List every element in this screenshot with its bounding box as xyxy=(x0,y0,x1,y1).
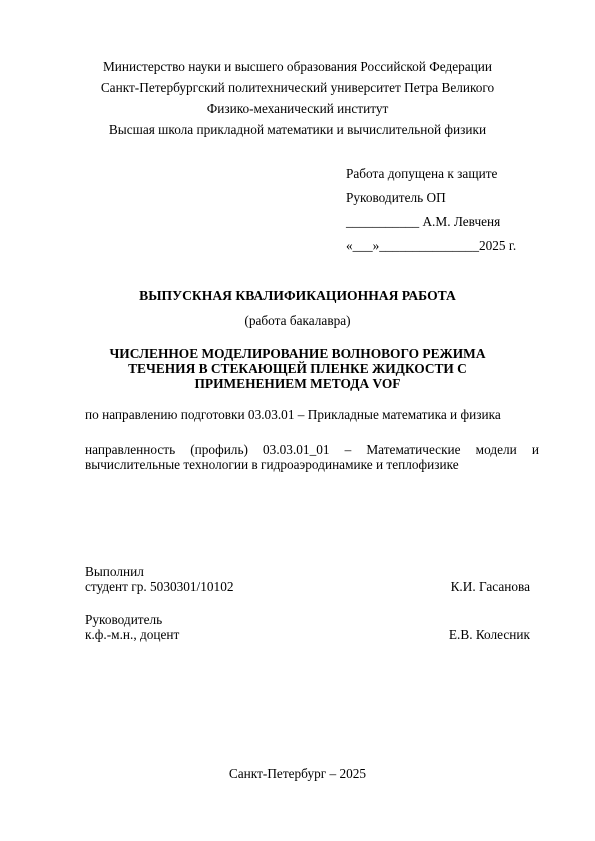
supervisor-block: Руководитель к.ф.-м.н., доцент Е.В. Коле… xyxy=(85,612,530,642)
student-group: студент гр. 5030301/10102 xyxy=(85,579,234,594)
program-direction: по направлению подготовки 03.03.01 – При… xyxy=(85,407,501,423)
student-name: К.И. Гасанова xyxy=(451,579,530,594)
student-row: студент гр. 5030301/10102 К.И. Гасанова xyxy=(85,579,530,594)
ministry-line: Министерство науки и высшего образования… xyxy=(0,56,595,77)
topic-line-3: ПРИМЕНЕНИЕМ МЕТОДА VOF xyxy=(0,376,595,391)
profile-word: – xyxy=(345,442,352,457)
work-type-title: ВЫПУСКНАЯ КВАЛИФИКАЦИОННАЯ РАБОТА xyxy=(0,288,595,304)
school-line: Высшая школа прикладной математики и выч… xyxy=(0,119,595,140)
thesis-topic: ЧИСЛЕННОЕ МОДЕЛИРОВАНИЕ ВОЛНОВОГО РЕЖИМА… xyxy=(0,346,595,391)
profile-word: Математические xyxy=(366,442,460,457)
student-block: Выполнил студент гр. 5030301/10102 К.И. … xyxy=(85,564,530,594)
profile-word: (профиль) xyxy=(190,442,248,457)
profile-line-2: вычислительные технологии в гидроаэродин… xyxy=(85,457,539,472)
institute-line: Физико-механический институт xyxy=(0,98,595,119)
degree-subtitle: (работа бакалавра) xyxy=(0,313,595,329)
profile-word: направленность xyxy=(85,442,175,457)
approval-head-label: Руководитель ОП xyxy=(346,187,446,208)
profile-word: и xyxy=(532,442,539,457)
city-year-footer: Санкт-Петербург – 2025 xyxy=(0,766,595,782)
approval-admitted: Работа допущена к защите xyxy=(346,163,497,184)
supervisor-role: Руководитель xyxy=(85,612,530,627)
supervisor-row: к.ф.-м.н., доцент Е.В. Колесник xyxy=(85,627,530,642)
supervisor-name: Е.В. Колесник xyxy=(449,627,530,642)
student-role: Выполнил xyxy=(85,564,530,579)
university-line: Санкт-Петербургский политехнический унив… xyxy=(0,77,595,98)
supervisor-title: к.ф.-м.н., доцент xyxy=(85,627,179,642)
approval-head-signature: ___________ А.М. Левченя xyxy=(346,211,500,232)
program-profile: направленность (профиль) 03.03.01_01 – М… xyxy=(85,442,539,472)
profile-word: модели xyxy=(476,442,517,457)
approval-date-line: «___»_______________2025 г. xyxy=(346,235,516,256)
topic-line-2: ТЕЧЕНИЯ В СТЕКАЮЩЕЙ ПЛЕНКЕ ЖИДКОСТИ С xyxy=(0,361,595,376)
profile-word: 03.03.01_01 xyxy=(263,442,329,457)
profile-line-1: направленность (профиль) 03.03.01_01 – М… xyxy=(85,442,539,457)
topic-line-1: ЧИСЛЕННОЕ МОДЕЛИРОВАНИЕ ВОЛНОВОГО РЕЖИМА xyxy=(0,346,595,361)
